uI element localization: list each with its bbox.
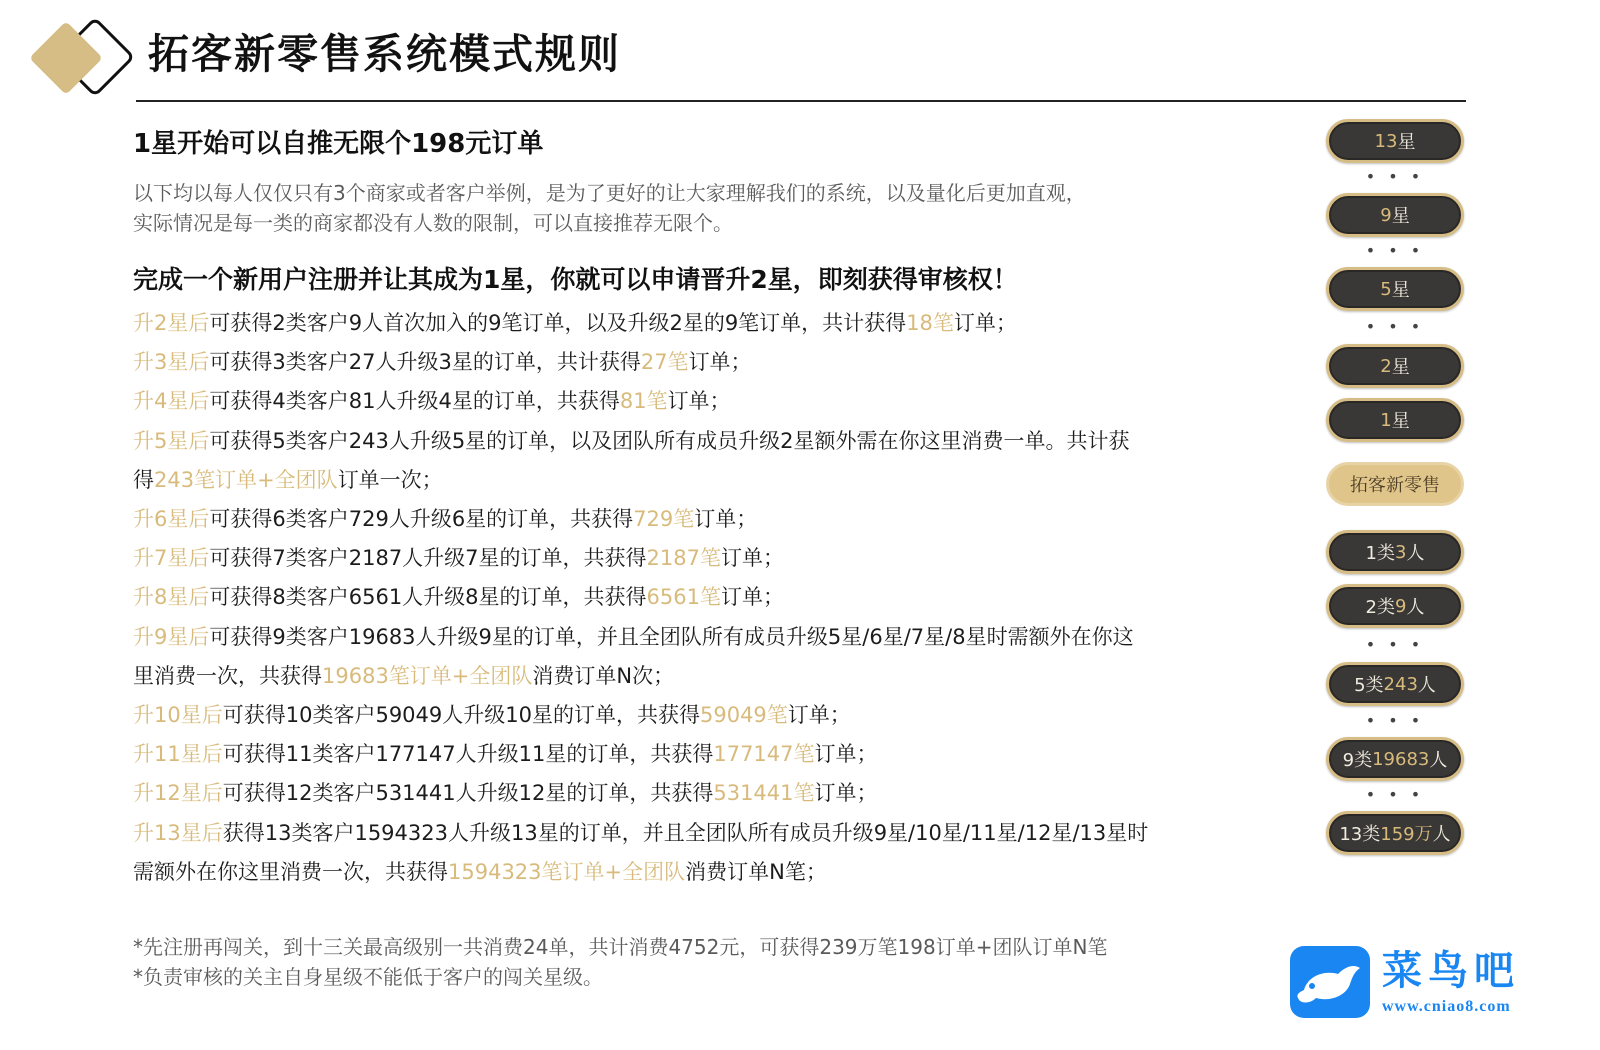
description: 以下均以每人仅仅只有3个商家或者客户举例，是为了更好的让大家理解我们的系统，以及… (133, 178, 1293, 238)
star-pill-5: 5星 (1326, 267, 1464, 311)
rule-text: 可获得4类客户81人升级4星的订单，共获得 (209, 389, 619, 413)
rule-highlight: 243笔订单+全团队 (154, 468, 338, 492)
rule-text: 可获得5类客户243人升级5星的订单，以及团队所有成员升级2星额外需在你这里消费… (209, 429, 1129, 453)
diamond-logo-icon (28, 18, 138, 104)
pill-unit: 人 (1418, 671, 1436, 697)
pill-number: 3 (1395, 542, 1406, 563)
pill-number: 9 (1380, 205, 1391, 226)
rule-level: 升5星后 (133, 429, 209, 453)
pill-unit: 星 (1392, 407, 1410, 433)
rule-highlight: 1594323笔订单+全团队 (448, 860, 685, 884)
description-line: 实际情况是每一类的商家都没有人数的限制，可以直接推荐无限个。 (133, 208, 1293, 238)
star-pill-13: 13星 (1326, 119, 1464, 163)
rule-level: 升10星后 (133, 703, 223, 727)
rule-item-10star: 升10星后可获得10类客户59049人升级10星的订单，共获得59049笔订单； (133, 696, 1293, 735)
rule-text: 可获得7类客户2187人升级7星的订单，共获得 (209, 546, 646, 570)
pill-class: 1类 (1366, 539, 1395, 565)
ellipsis-dots: • • • (1326, 640, 1464, 650)
pill-unit: 人 (1429, 746, 1447, 772)
rule-level: 升8星后 (133, 585, 209, 609)
page-title: 拓客新零售系统模式规则 (148, 34, 621, 75)
rule-highlight: 81笔 (620, 389, 668, 413)
main-content: 1星开始可以自推无限个198元订单 以下均以每人仅仅只有3个商家或者客户举例，是… (133, 122, 1293, 892)
rule-text-cont: 需额外在你这里消费一次，共获得 (133, 860, 448, 884)
rule-text-cont: 里消费一次，共获得 (133, 664, 322, 688)
rule-item-7star: 升7星后可获得7类客户2187人升级7星的订单，共获得2187笔订单； (133, 539, 1293, 578)
rule-item-3star: 升3星后可获得3类客户27人升级3星的订单，共计获得27笔订单； (133, 343, 1293, 382)
rule-level: 升9星后 (133, 625, 209, 649)
pill-class: 2类 (1366, 593, 1395, 619)
footnotes: *先注册再闯关，到十三关最高级别一共消费24单，共计消费4752元，可获得239… (133, 932, 1107, 992)
rule-highlight: 729笔 (633, 507, 694, 531)
rule-highlight: 18笔 (906, 311, 954, 335)
rule-highlight: 2187笔 (647, 546, 721, 570)
rule-item-2star: 升2星后可获得2类客户9人首次加入的9笔订单，以及升级2星的9笔订单，共计获得1… (133, 304, 1293, 343)
rule-text: 可获得2类客户9人首次加入的9笔订单，以及升级2星的9笔订单，共计获得 (209, 311, 906, 335)
pill-unit: 人 (1406, 539, 1424, 565)
pill-number: 159万 (1380, 820, 1432, 846)
ellipsis-dots: • • • (1326, 716, 1464, 726)
rule-suffix: 订单； (689, 350, 752, 374)
heading-self-referral: 1星开始可以自推无限个198元订单 (133, 124, 1293, 164)
rule-suffix: 消费订单N笔； (685, 860, 827, 884)
rule-suffix: 订单； (788, 703, 851, 727)
pill-unit: 星 (1397, 128, 1415, 154)
title-divider (136, 100, 1466, 102)
pill-number: 1 (1380, 410, 1391, 431)
rule-suffix: 订单； (694, 507, 757, 531)
pill-number: 5 (1380, 279, 1391, 300)
watermark: 菜鸟吧 www.cniao8.com (1290, 946, 1590, 1022)
rule-item-9star: 升9星后可获得9类客户19683人升级9星的订单，并且全团队所有成员升级5星/6… (133, 618, 1293, 696)
rule-level: 升2星后 (133, 311, 209, 335)
rule-suffix: 订单； (668, 389, 731, 413)
tier-pill-2: 2类9人 (1326, 584, 1464, 628)
watermark-name: 菜鸟吧 (1382, 946, 1520, 996)
pill-class: 5类 (1354, 671, 1383, 697)
rule-suffix: 订单； (815, 781, 878, 805)
ellipsis-dots: • • • (1326, 322, 1464, 332)
rule-item-5star: 升5星后可获得5类客户243人升级5星的订单，以及团队所有成员升级2星额外需在你… (133, 422, 1293, 500)
ellipsis-dots: • • • (1326, 790, 1464, 800)
description-line: 以下均以每人仅仅只有3个商家或者客户举例，是为了更好的让大家理解我们的系统，以及… (133, 178, 1293, 208)
tier-pill-9: 9类19683人 (1326, 737, 1464, 781)
pill-number: 243 (1384, 674, 1418, 695)
rules-list: 升2星后可获得2类客户9人首次加入的9笔订单，以及升级2星的9笔订单，共计获得1… (133, 304, 1293, 892)
rule-item-12star: 升12星后可获得12类客户531441人升级12星的订单，共获得531441笔订… (133, 774, 1293, 813)
tier-pill-5: 5类243人 (1326, 662, 1464, 706)
rule-suffix: 订单； (954, 311, 1017, 335)
rule-level: 升3星后 (133, 350, 209, 374)
rule-suffix: 订单； (721, 546, 784, 570)
rule-level: 升6星后 (133, 507, 209, 531)
rule-text: 可获得11类客户177147人升级11星的订单，共获得 (223, 742, 714, 766)
rule-text: 可获得3类客户27人升级3星的订单，共计获得 (209, 350, 640, 374)
rule-item-8star: 升8星后可获得8类客户6561人升级8星的订单，共获得6561笔订单； (133, 578, 1293, 617)
rule-level: 升12星后 (133, 781, 223, 805)
pill-unit: 星 (1392, 276, 1410, 302)
rule-level: 升4星后 (133, 389, 209, 413)
star-pill-9: 9星 (1326, 193, 1464, 237)
pill-number: 9 (1395, 596, 1406, 617)
rule-item-4star: 升4星后可获得4类客户81人升级4星的订单，共获得81笔订单； (133, 382, 1293, 421)
pill-number: 13 (1375, 131, 1398, 152)
rule-suffix: 消费订单N次； (532, 664, 674, 688)
rule-text: 可获得10类客户59049人升级10星的订单，共获得 (223, 703, 700, 727)
pill-unit: 人 (1406, 593, 1424, 619)
rule-level: 升7星后 (133, 546, 209, 570)
star-pill-2: 2星 (1326, 344, 1464, 388)
pill-number: 2 (1380, 356, 1391, 377)
star-pill-1: 1星 (1326, 398, 1464, 442)
rule-suffix: 订单； (721, 585, 784, 609)
rule-highlight: 59049笔 (700, 703, 788, 727)
tier-pill-13: 13类159万人 (1326, 811, 1464, 855)
ellipsis-dots: • • • (1326, 246, 1464, 256)
rule-highlight: 19683笔订单+全团队 (322, 664, 532, 688)
watermark-url: www.cniao8.com (1382, 998, 1511, 1016)
rule-level: 升13星后 (133, 821, 223, 845)
rule-text: 获得13类客户1594323人升级13星的订单，并且全团队所有成员升级9星/10… (223, 821, 1149, 845)
pill-class: 13类 (1339, 820, 1380, 846)
heading-promotion: 完成一个新用户注册并让其成为1星，你就可以申请晋升2星，即刻获得审核权！ (133, 260, 1293, 300)
rule-item-6star: 升6星后可获得6类客户729人升级6星的订单，共获得729笔订单； (133, 500, 1293, 539)
brand-pill: 拓客新零售 (1326, 462, 1464, 506)
tier-pill-1: 1类3人 (1326, 530, 1464, 574)
bird-logo-icon (1290, 946, 1370, 1018)
rule-suffix: 订单； (815, 742, 878, 766)
rule-highlight: 27笔 (641, 350, 689, 374)
footnote: *负责审核的关主自身星级不能低于客户的闯关星级。 (133, 962, 1107, 992)
rule-text: 可获得8类客户6561人升级8星的订单，共获得 (209, 585, 646, 609)
rule-text: 可获得6类客户729人升级6星的订单，共获得 (209, 507, 633, 531)
pill-unit: 人 (1433, 820, 1451, 846)
ellipsis-dots: • • • (1326, 172, 1464, 182)
footnote: *先注册再闯关，到十三关最高级别一共消费24单，共计消费4752元，可获得239… (133, 932, 1107, 962)
rule-highlight: 531441笔 (713, 781, 814, 805)
rule-text: 可获得9类客户19683人升级9星的订单，并且全团队所有成员升级5星/6星/7星… (209, 625, 1133, 649)
pill-number: 19683 (1372, 749, 1429, 770)
rule-level: 升11星后 (133, 742, 223, 766)
rule-highlight: 177147笔 (713, 742, 814, 766)
rule-suffix: 订单一次； (338, 468, 443, 492)
rule-item-11star: 升11星后可获得11类客户177147人升级11星的订单，共获得177147笔订… (133, 735, 1293, 774)
pill-class: 9类 (1343, 746, 1372, 772)
rule-text: 可获得12类客户531441人升级12星的订单，共获得 (223, 781, 714, 805)
rule-item-13star: 升13星后获得13类客户1594323人升级13星的订单，并且全团队所有成员升级… (133, 814, 1293, 892)
pill-unit: 星 (1392, 353, 1410, 379)
rule-text-cont: 得 (133, 468, 154, 492)
pill-unit: 星 (1392, 202, 1410, 228)
rule-highlight: 6561笔 (647, 585, 721, 609)
